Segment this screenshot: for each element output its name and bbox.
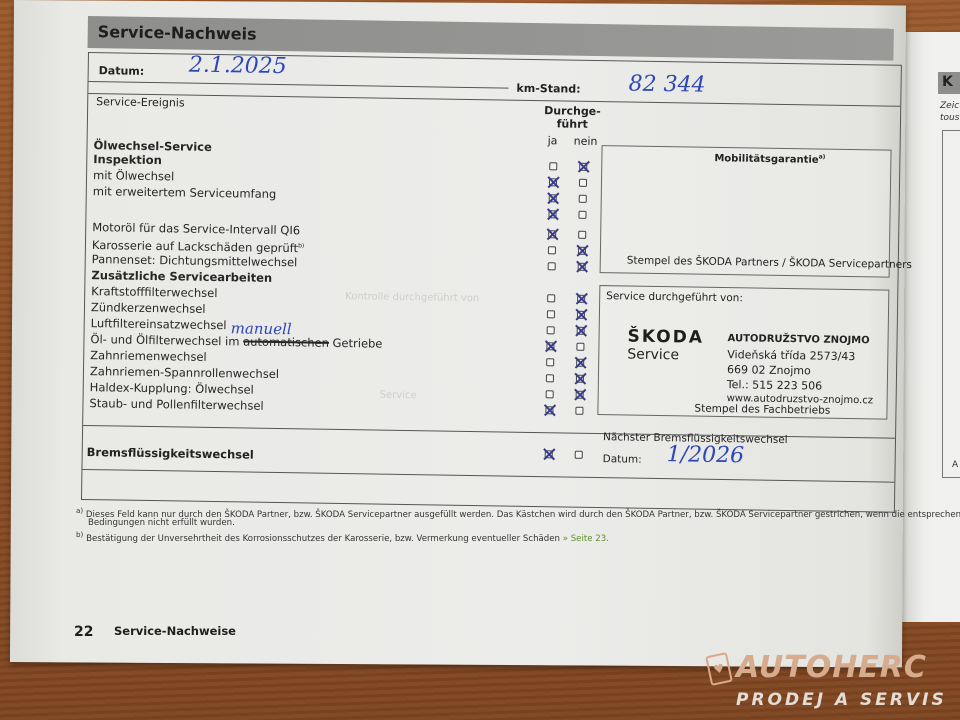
dealer-watermark: ♥ AUTOHERC PRODEJ A SERVIS bbox=[706, 650, 956, 716]
mobility-stamp-label: Stempel des ŠKODA Partners / ŠKODA Servi… bbox=[627, 254, 912, 270]
yes-checkbox[interactable] bbox=[546, 358, 554, 366]
service-item-label: Haldex-Kupplung: Ölwechsel bbox=[90, 380, 254, 397]
mobility-title-text: Mobilitätsgarantie bbox=[714, 153, 818, 166]
bleed-through-text: Kontrolle durchgeführt von bbox=[345, 291, 479, 304]
yes-checkbox[interactable] bbox=[545, 406, 553, 414]
yes-checkbox[interactable] bbox=[548, 210, 556, 218]
mobility-guarantee-stamp-box: Mobilitätsgarantiea) Stempel des ŠKODA P… bbox=[600, 145, 892, 278]
right-page-text-line: tous bbox=[940, 112, 959, 124]
playing-card-icon: ♥ bbox=[705, 652, 733, 686]
service-item-label: Zusätzliche Servicearbeiten bbox=[91, 268, 272, 285]
km-value[interactable]: 82 344 bbox=[628, 71, 705, 97]
km-label: km-Stand: bbox=[516, 82, 580, 96]
yes-checkbox[interactable] bbox=[547, 294, 555, 302]
divider bbox=[88, 93, 900, 107]
right-page-text-line: Zeic bbox=[940, 100, 959, 112]
service-item-label: Zahnriemen-Spannrollenwechsel bbox=[90, 364, 279, 381]
yes-checkbox[interactable] bbox=[546, 390, 554, 398]
watermark-brand: AUTOHERC bbox=[736, 650, 927, 685]
service-item-label: mit Ölwechsel bbox=[93, 168, 174, 183]
service-item-label: Inspektion bbox=[93, 152, 162, 167]
mobility-footnote-marker: a) bbox=[819, 153, 826, 160]
no-checkbox[interactable] bbox=[577, 295, 585, 303]
brake-fluid-yes-checkbox[interactable] bbox=[545, 450, 553, 458]
no-checkbox[interactable] bbox=[576, 343, 584, 351]
divider bbox=[89, 81, 509, 89]
service-record-form: Datum: 2.1.2025 km-Stand: 82 344 Service… bbox=[81, 52, 902, 513]
yes-checkbox[interactable] bbox=[546, 342, 554, 350]
service-item-label: Zahnriemenwechsel bbox=[90, 348, 207, 364]
service-item-label: Getriebe bbox=[329, 336, 383, 351]
next-brake-date-label: Datum: bbox=[603, 453, 642, 466]
no-checkbox[interactable] bbox=[578, 263, 586, 271]
brake-fluid-label: Bremsflüssigkeitswechsel bbox=[87, 445, 254, 462]
service-item: mit erweitertem Serviceumfang bbox=[93, 183, 277, 202]
date-label: Datum: bbox=[99, 64, 145, 78]
page-number: 22 bbox=[74, 624, 93, 640]
stamp-city: 669 02 Znojmo bbox=[727, 363, 811, 378]
service-item-label: Luftfiltereinsatzwechsel bbox=[91, 316, 227, 332]
no-column-label: nein bbox=[574, 135, 598, 148]
no-checkbox[interactable] bbox=[576, 375, 584, 383]
right-page-text: Zeic tous bbox=[940, 100, 959, 124]
yes-checkbox[interactable] bbox=[549, 194, 557, 202]
no-checkbox[interactable] bbox=[578, 247, 586, 255]
service-item-label: Kraftstofffilterwechsel bbox=[91, 284, 217, 300]
right-page-frame-label: A bbox=[952, 460, 958, 470]
done-header-line: Durchge- bbox=[544, 104, 601, 118]
skoda-service-logo: Service bbox=[627, 347, 679, 364]
footnote-a-marker: a) bbox=[76, 506, 83, 515]
yes-checkbox[interactable] bbox=[546, 374, 554, 382]
done-column-header: Durchge- führt bbox=[544, 104, 601, 131]
done-header-line: führt bbox=[544, 117, 601, 131]
next-brake-date-value[interactable]: 1/2026 bbox=[667, 442, 745, 468]
page-title: Service-Nachweis bbox=[98, 22, 257, 43]
yes-checkbox[interactable] bbox=[547, 310, 555, 318]
no-checkbox[interactable] bbox=[579, 179, 587, 187]
service-partner-stamp-box: Service durchgeführt von: ŠKODA Service … bbox=[597, 285, 889, 420]
bleed-through-text: Service bbox=[380, 390, 417, 402]
right-page-tab-title: K bbox=[938, 72, 960, 94]
no-checkbox[interactable] bbox=[577, 327, 585, 335]
service-event-label: Service-Ereignis bbox=[96, 95, 185, 109]
mobility-guarantee-title: Mobilitätsgarantiea) bbox=[714, 152, 825, 166]
footnote-marker: b) bbox=[298, 242, 304, 249]
yes-checkbox[interactable] bbox=[548, 262, 556, 270]
no-checkbox[interactable] bbox=[578, 231, 586, 239]
stamp-street: Videňská třída 2573/43 bbox=[727, 348, 855, 364]
struck-through-word: automatischen bbox=[243, 334, 329, 349]
service-item-label: Öl- und Ölfilterwechsel im bbox=[90, 332, 243, 348]
watermark-tagline: PRODEJ A SERVIS bbox=[736, 690, 947, 710]
page-reference-link[interactable]: » Seite 23. bbox=[563, 534, 609, 544]
date-value[interactable]: 2.1.2025 bbox=[189, 53, 287, 80]
no-checkbox[interactable] bbox=[576, 359, 584, 367]
yes-checkbox[interactable] bbox=[547, 326, 555, 334]
footnote-a-continued: Bedingungen nicht erfüllt wurden. bbox=[88, 518, 235, 528]
page-section-title: Service-Nachweise bbox=[114, 624, 236, 638]
service-item-label: Zündkerzenwechsel bbox=[91, 300, 206, 316]
divider bbox=[82, 469, 894, 483]
stamp-company: AUTODRUŽSTVO ZNOJMO bbox=[727, 332, 869, 348]
footnote-b: b) Bestätigung der Unversehrtheit des Ko… bbox=[76, 530, 609, 544]
no-checkbox[interactable] bbox=[579, 163, 587, 171]
yes-checkbox[interactable] bbox=[548, 230, 556, 238]
no-checkbox[interactable] bbox=[577, 311, 585, 319]
yes-checkbox[interactable] bbox=[548, 246, 556, 254]
service-item: Inspektion bbox=[93, 151, 162, 169]
skoda-logo: ŠKODA bbox=[627, 327, 704, 348]
yes-checkbox[interactable] bbox=[549, 178, 557, 186]
no-checkbox[interactable] bbox=[575, 407, 583, 415]
right-page: K Zeic tous A bbox=[900, 32, 960, 622]
yes-column-label: ja bbox=[548, 134, 558, 147]
footnote-b-text: Bestätigung der Unversehrtheit des Korro… bbox=[86, 534, 560, 544]
service-item: Staub- und Pollenfilterwechsel bbox=[89, 395, 263, 414]
workshop-stamp-label: Stempel des Fachbetriebs bbox=[694, 403, 830, 417]
footnote-b-marker: b) bbox=[76, 530, 83, 539]
service-item-label: mit erweitertem Serviceumfang bbox=[93, 184, 277, 201]
no-checkbox[interactable] bbox=[579, 195, 587, 203]
no-checkbox[interactable] bbox=[578, 211, 586, 219]
service-by-label: Service durchgeführt von: bbox=[606, 290, 743, 304]
stamp-phone: Tel.: 515 223 506 bbox=[727, 378, 823, 393]
service-item: mit Ölwechsel bbox=[93, 167, 174, 185]
service-item-label: Staub- und Pollenfilterwechsel bbox=[89, 396, 263, 413]
brake-fluid-no-checkbox[interactable] bbox=[575, 451, 583, 459]
yes-checkbox[interactable] bbox=[549, 162, 557, 170]
no-checkbox[interactable] bbox=[576, 391, 584, 399]
right-page-frame bbox=[942, 130, 960, 478]
